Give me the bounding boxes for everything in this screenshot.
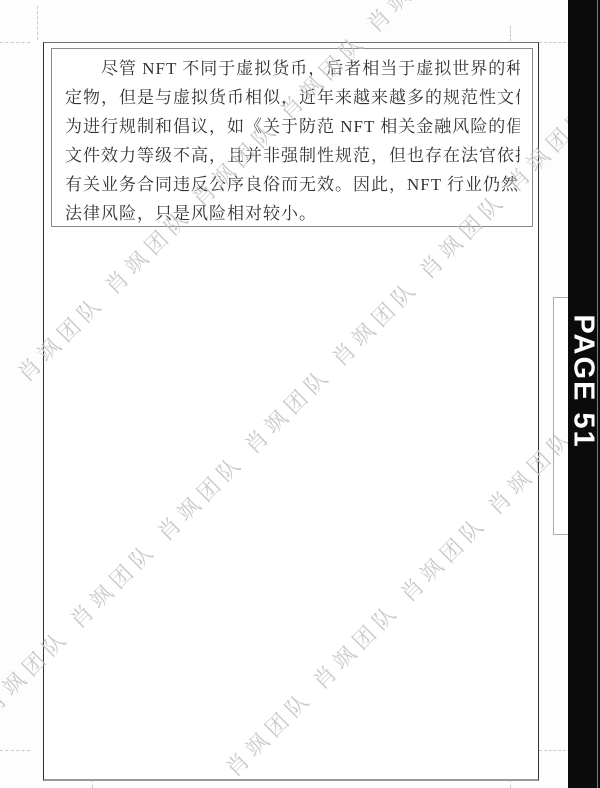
paragraph-line: 有关业务合同违反公序良俗而无效。因此，NFT 行业仍然存在违反公序良俗的 <box>65 170 520 199</box>
crop-mark-top-left-vertical <box>37 6 38 40</box>
document-page: 尽管 NFT 不同于虚拟货币，后者相当于虚拟世界的种类物而前者则是特定物，但是与… <box>43 42 539 781</box>
paragraph: 尽管 NFT 不同于虚拟货币，后者相当于虚拟世界的种类物而前者则是特定物，但是与… <box>65 54 520 228</box>
crop-mark-top-right-horizontal <box>539 42 566 43</box>
paragraph-line: 文件效力等级不高，且并非强制性规范，但也存在法官依据此类文件认定 NFT <box>65 141 520 170</box>
page-number-text: PAGE 51 <box>567 314 600 448</box>
paragraph-line: 法律风险，只是风险相对较小。 <box>65 199 520 228</box>
paragraph-line: 为进行规制和倡议，如《关于防范 NFT 相关金融风险的倡议》等。虽然这些 <box>65 112 520 141</box>
crop-mark-bottom-right-horizontal <box>539 750 566 751</box>
crop-mark-bottom-left-horizontal <box>0 750 30 751</box>
screenshot-root: 尽管 NFT 不同于虚拟货币，后者相当于虚拟世界的种类物而前者则是特定物，但是与… <box>0 0 600 788</box>
crop-mark-top-left-horizontal <box>0 42 30 43</box>
paragraph-line: 尽管 NFT 不同于虚拟货币，后者相当于虚拟世界的种类物而前者则是特 <box>65 54 520 83</box>
paragraph-box: 尽管 NFT 不同于虚拟货币，后者相当于虚拟世界的种类物而前者则是特定物，但是与… <box>51 48 533 227</box>
page-number-label: PAGE 51 <box>566 296 600 466</box>
crop-mark-top-right-vertical <box>510 26 511 41</box>
paragraph-line: 定物，但是与虚拟货币相似，近年来越来越多的规范性文件针对 NFT 相关行 <box>65 83 520 112</box>
